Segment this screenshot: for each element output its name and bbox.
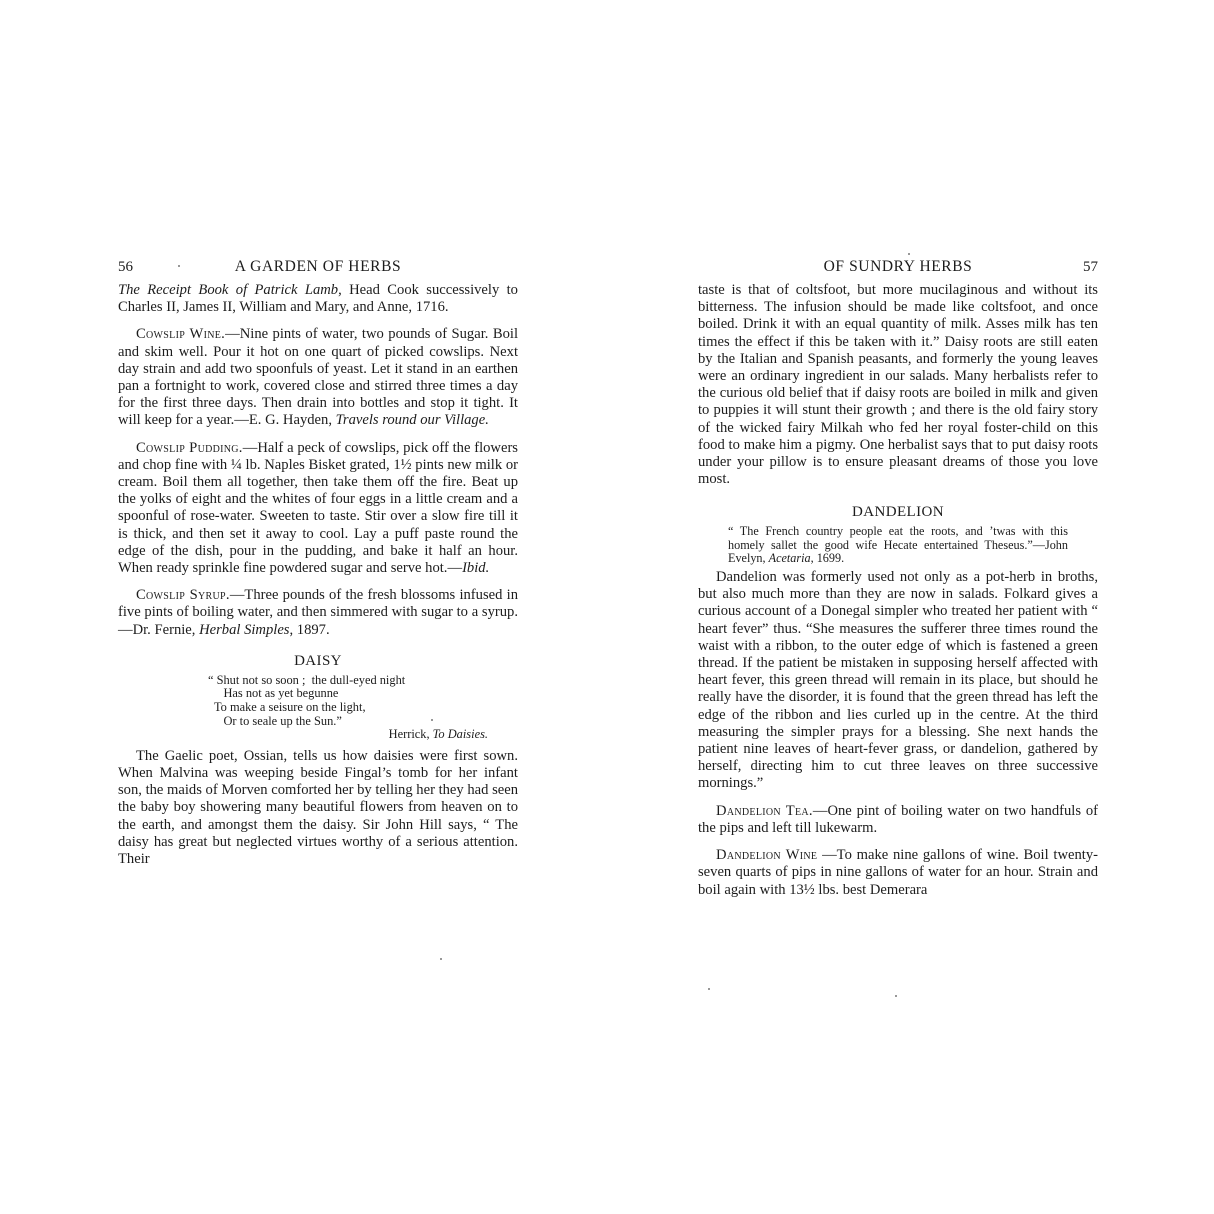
right-page: 57 OF SUNDRY HERBS 57 taste is that of c…	[698, 258, 1098, 899]
verse-attribution: Herrick, To Daisies.	[208, 728, 488, 742]
scan-speck	[178, 265, 180, 267]
recipe-cowslip-syrup: Cowslip Syrup.—Three pounds of the fresh…	[118, 587, 518, 639]
recipe-heading: Cowslip Wine.	[136, 326, 225, 342]
running-header: 57 OF SUNDRY HERBS 57	[698, 258, 1098, 282]
dandelion-body: Dandelion was formerly used not only as …	[698, 569, 1098, 793]
page-number: 57	[1083, 259, 1098, 276]
recipe-heading: Cowslip Syrup.	[136, 587, 230, 603]
scan-speck	[908, 253, 910, 255]
running-head-title: A GARDEN OF HERBS	[133, 258, 503, 276]
epigraph-quote: “ The French country people eat the root…	[728, 525, 1068, 565]
recipe-cowslip-pudding: Cowslip Pudding.—Half a peck of cowslips…	[118, 440, 518, 578]
page-number: 56	[118, 259, 133, 276]
running-head-title: OF SUNDRY HERBS	[713, 258, 1083, 276]
recipe-heading: Cowslip Pudding.	[136, 440, 243, 456]
recipe-heading: Dandelion Tea.	[716, 803, 813, 819]
running-header: 56 A GARDEN OF HERBS 56	[118, 258, 518, 282]
recipe-dandelion-wine: Dandelion Wine —To make nine gallons of …	[698, 847, 1098, 899]
scan-speck	[895, 995, 897, 997]
verse-quote: “ Shut not so soon ; the dull-eyed night…	[208, 674, 518, 742]
book-title: The Receipt Book of Patrick Lamb	[118, 282, 338, 298]
intro-paragraph: The Receipt Book of Patrick Lamb, Head C…	[118, 282, 518, 316]
scan-speck	[708, 988, 710, 990]
recipe-dandelion-tea: Dandelion Tea.—One pint of boiling water…	[698, 803, 1098, 837]
scan-speck	[431, 719, 433, 721]
recipe-cowslip-wine: Cowslip Wine.—Nine pints of water, two p…	[118, 326, 518, 429]
section-title-dandelion: DANDELION	[698, 504, 1098, 521]
daisy-body: The Gaelic poet, Ossian, tells us how da…	[118, 748, 518, 868]
recipe-heading: Dandelion Wine	[716, 847, 817, 863]
section-title-daisy: DAISY	[118, 653, 518, 670]
daisy-continuation: taste is that of coltsfoot, but more muc…	[698, 282, 1098, 488]
left-page: 56 A GARDEN OF HERBS 56 The Receipt Book…	[118, 258, 518, 868]
scan-speck	[440, 958, 442, 960]
